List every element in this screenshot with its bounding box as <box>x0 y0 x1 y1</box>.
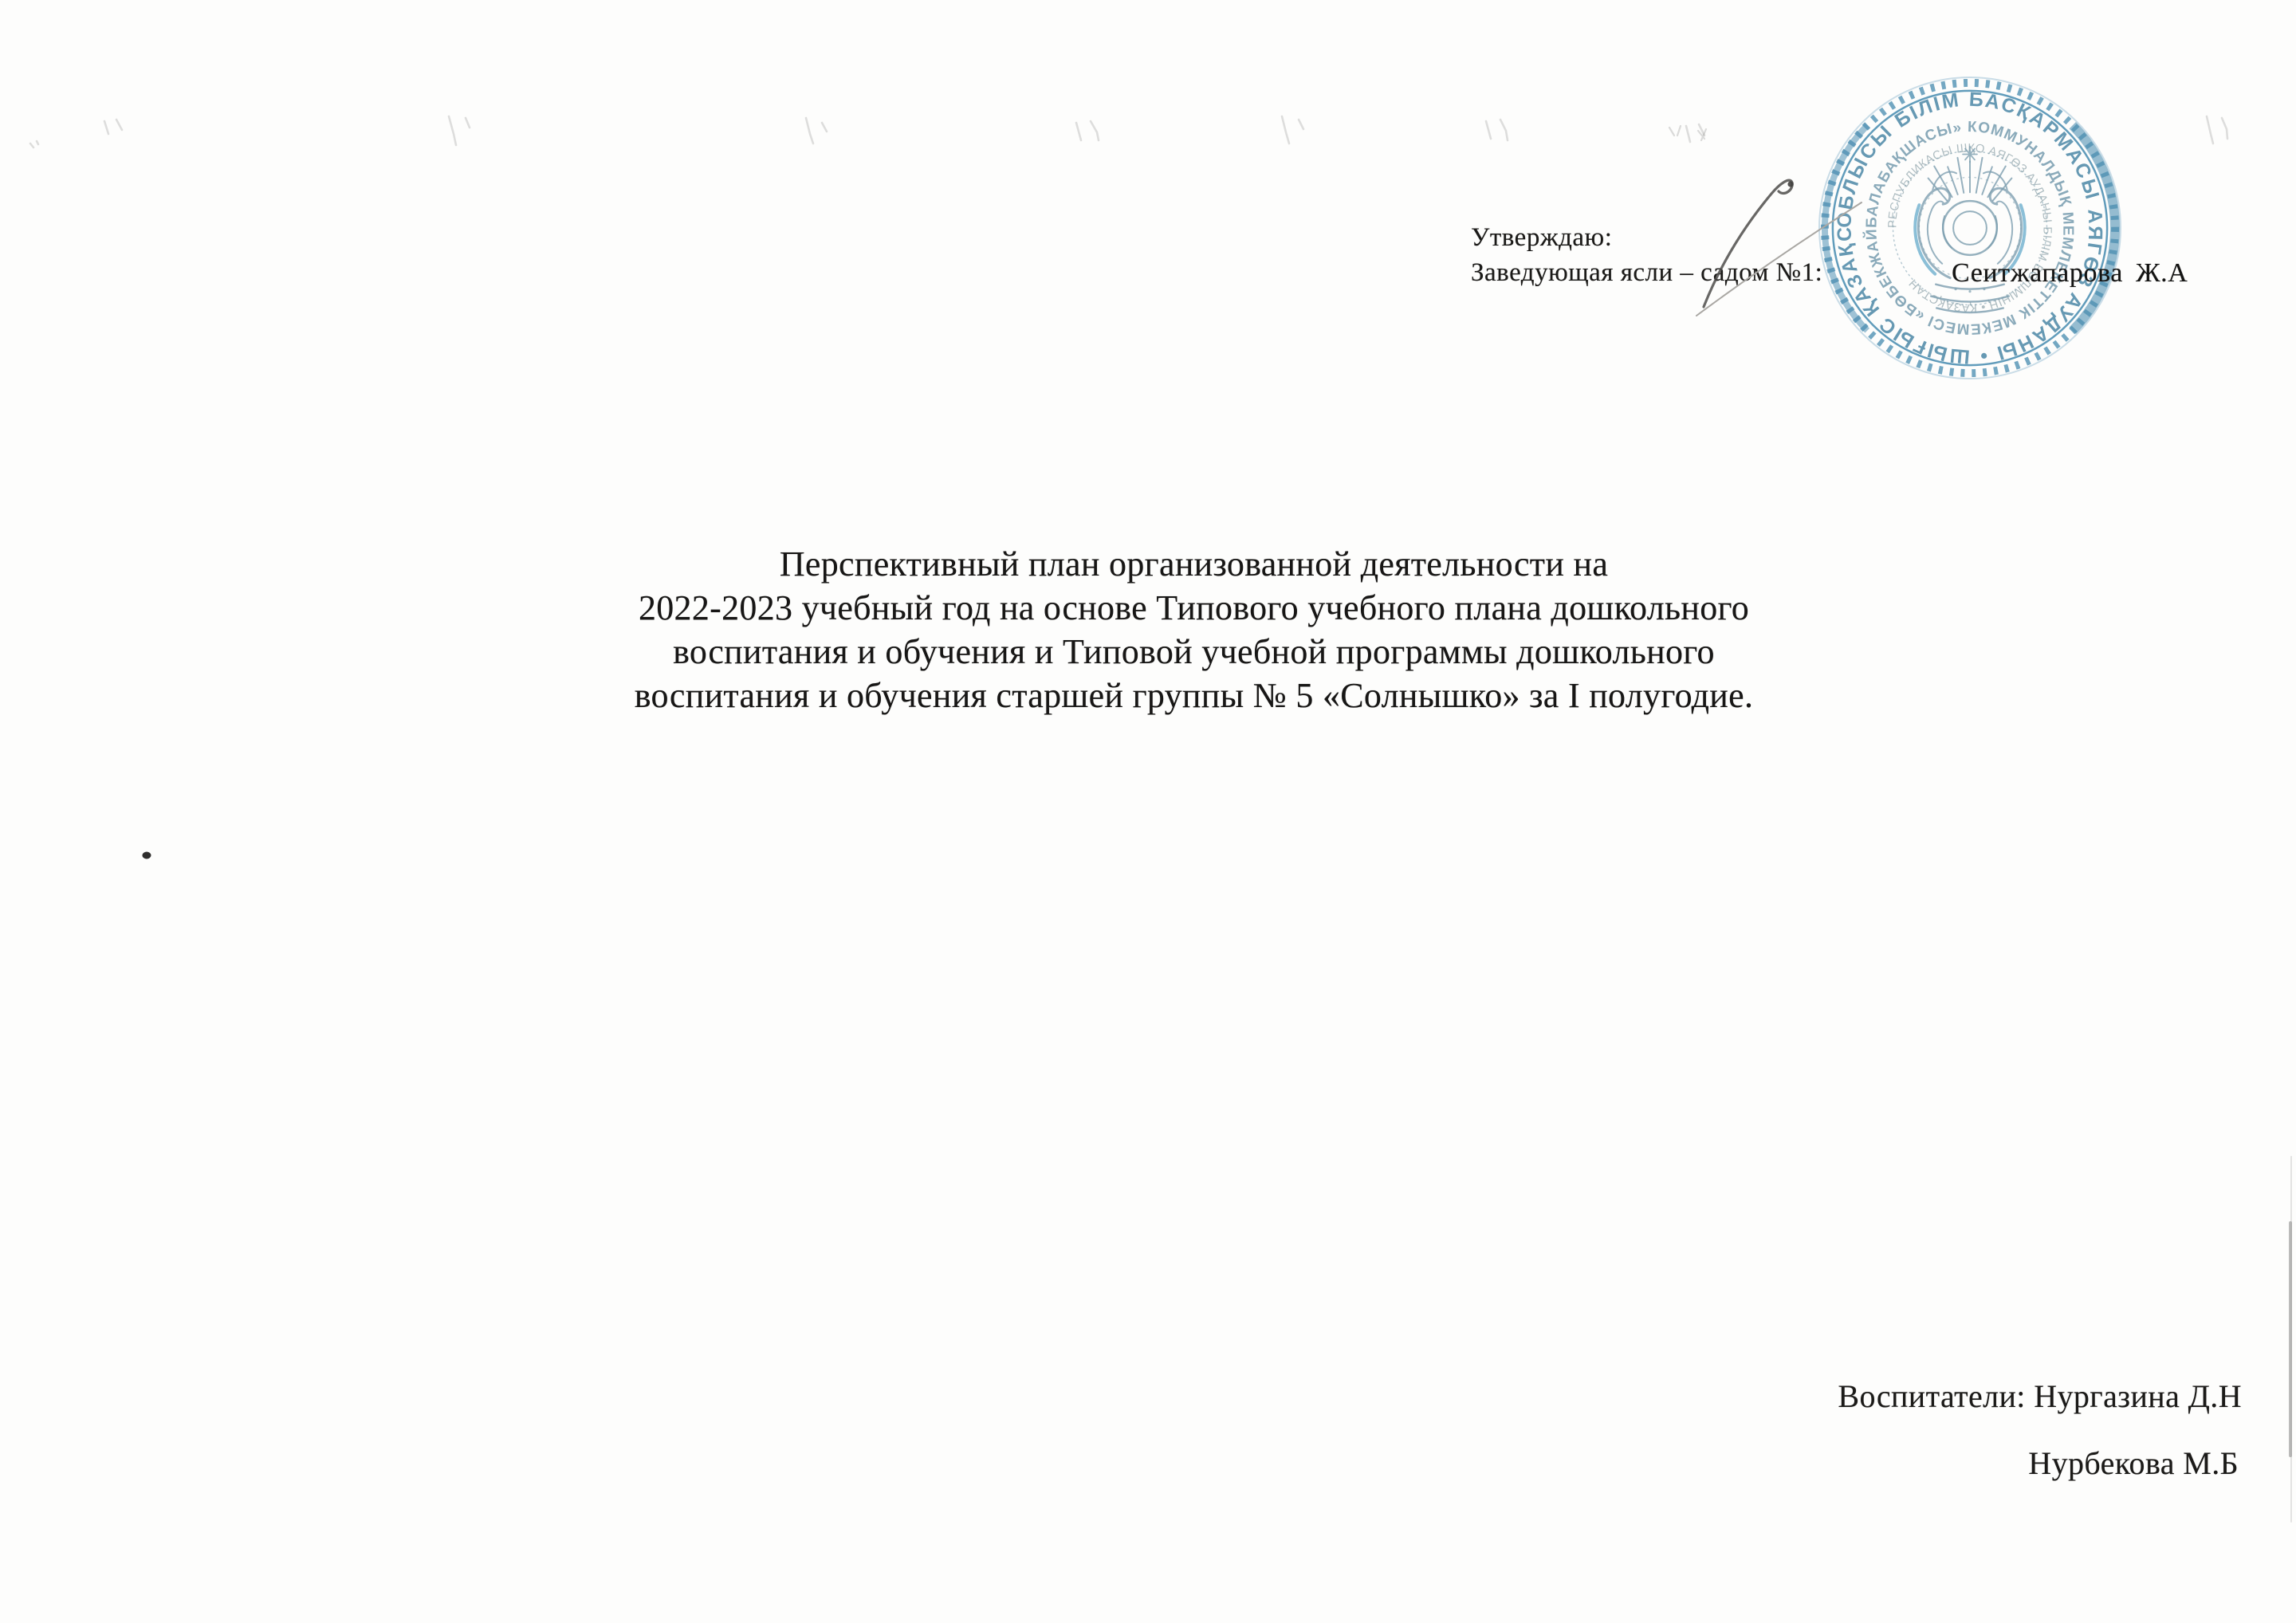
official-stamp: ОБЛЫСЫ БІЛІМ БАСҚАРМАСЫ АЯГӨЗ АУДАНЫ • Ш… <box>1815 73 2125 383</box>
emblem-rays <box>1928 158 2012 201</box>
title-line-1: Перспективный план организованной деятел… <box>590 542 1798 586</box>
educator-second-name: Нурбекова М.Б <box>2028 1448 2239 1480</box>
approval-position-line: Заведующая ясли – садом №1: <box>1471 260 1822 286</box>
approval-label: Утверждаю: <box>1471 225 1612 251</box>
scanned-document-page: ОБЛЫСЫ БІЛІМ БАСҚАРМАСЫ АЯГӨЗ АУДАНЫ • Ш… <box>0 0 2296 1623</box>
signature-pen-dot <box>1787 181 1793 187</box>
document-title: Перспективный план организованной деятел… <box>590 542 1798 717</box>
title-line-3: воспитания и обучения и Типовой учебной … <box>590 630 1798 674</box>
title-line-2: 2022-2023 учебный год на основе Типового… <box>590 586 1798 630</box>
scan-edge-line <box>2289 1221 2292 1457</box>
approver-name: Сеитжапарова Ж.А <box>1952 260 2188 287</box>
emblem-star-icon <box>1963 147 1977 163</box>
ink-dot <box>143 852 151 859</box>
stamp-graphic: ОБЛЫСЫ БІЛІМ БАСҚАРМАСЫ АЯГӨЗ АУДАНЫ • Ш… <box>1815 73 2125 383</box>
educators-line: Воспитатели: Нургазина Д.Н <box>1838 1381 2242 1413</box>
title-line-4: воспитания и обучения старшей группы № 5… <box>590 674 1798 717</box>
scan-edge-line-faint <box>2290 1156 2292 1523</box>
faint-marks <box>1669 126 1706 140</box>
